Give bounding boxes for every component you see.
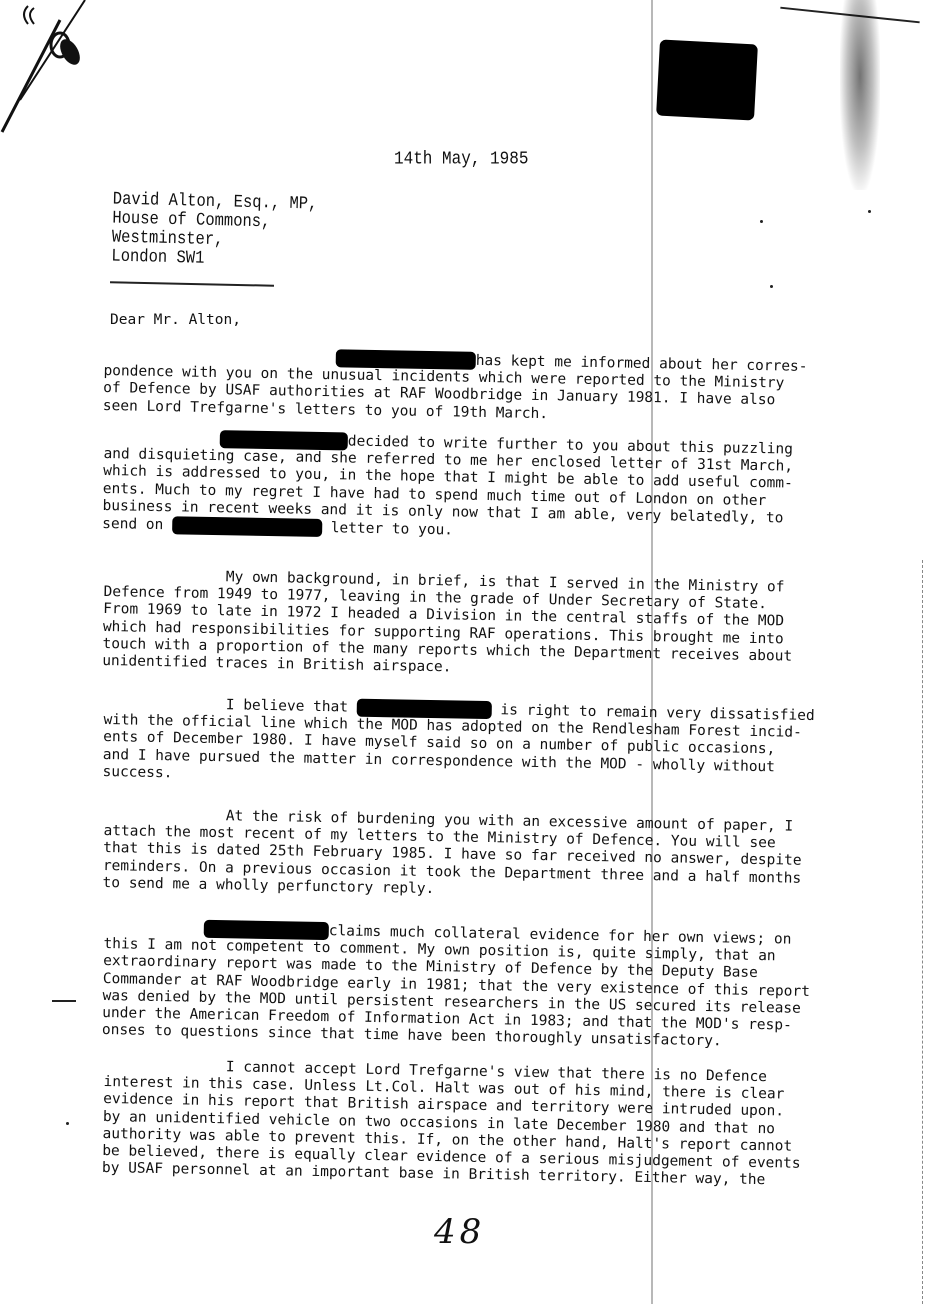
text-fragment: I believe that	[226, 697, 357, 715]
scan-speck	[868, 210, 871, 213]
paragraph: At the risk of burdening you with an exc…	[102, 806, 863, 906]
paragraph: has kept me informed about her corres-po…	[103, 345, 864, 429]
salutation: Dear Mr. Alton,	[110, 312, 241, 328]
paragraph: I cannot accept Lord Trefgarne's view th…	[102, 1057, 864, 1191]
page-number: 48	[434, 1212, 485, 1252]
text-fragment: letter to you.	[331, 520, 453, 538]
paragraph: claims much collateral evidence for her …	[102, 918, 864, 1053]
redaction-block	[172, 516, 322, 537]
scan-artifact	[52, 1000, 76, 1002]
redaction-block	[656, 39, 758, 120]
page-edge	[922, 560, 924, 1304]
text-fragment: send on	[102, 516, 172, 533]
text-fragment: success.	[102, 764, 172, 781]
address-rule	[110, 281, 274, 286]
paragraph: I believe that is right to remain very d…	[102, 694, 863, 795]
scan-smudge	[840, 0, 880, 190]
redaction-block	[357, 699, 492, 719]
redaction-block	[220, 430, 348, 450]
recipient-address: David Alton, Esq., MP, House of Commons,…	[111, 190, 317, 271]
scan-speck	[770, 285, 773, 288]
letter-date: 14th May, 1985	[394, 149, 528, 170]
scan-speck	[760, 220, 763, 223]
paperclip-mark	[0, 0, 120, 140]
paragraph: My own background, in brief, is that I s…	[102, 567, 864, 684]
redaction-block	[204, 920, 329, 940]
address-line: London SW1	[111, 246, 316, 273]
paragraph: decided to write further to you about th…	[102, 428, 864, 547]
redaction-block	[336, 349, 476, 370]
scan-speck	[66, 1122, 69, 1125]
